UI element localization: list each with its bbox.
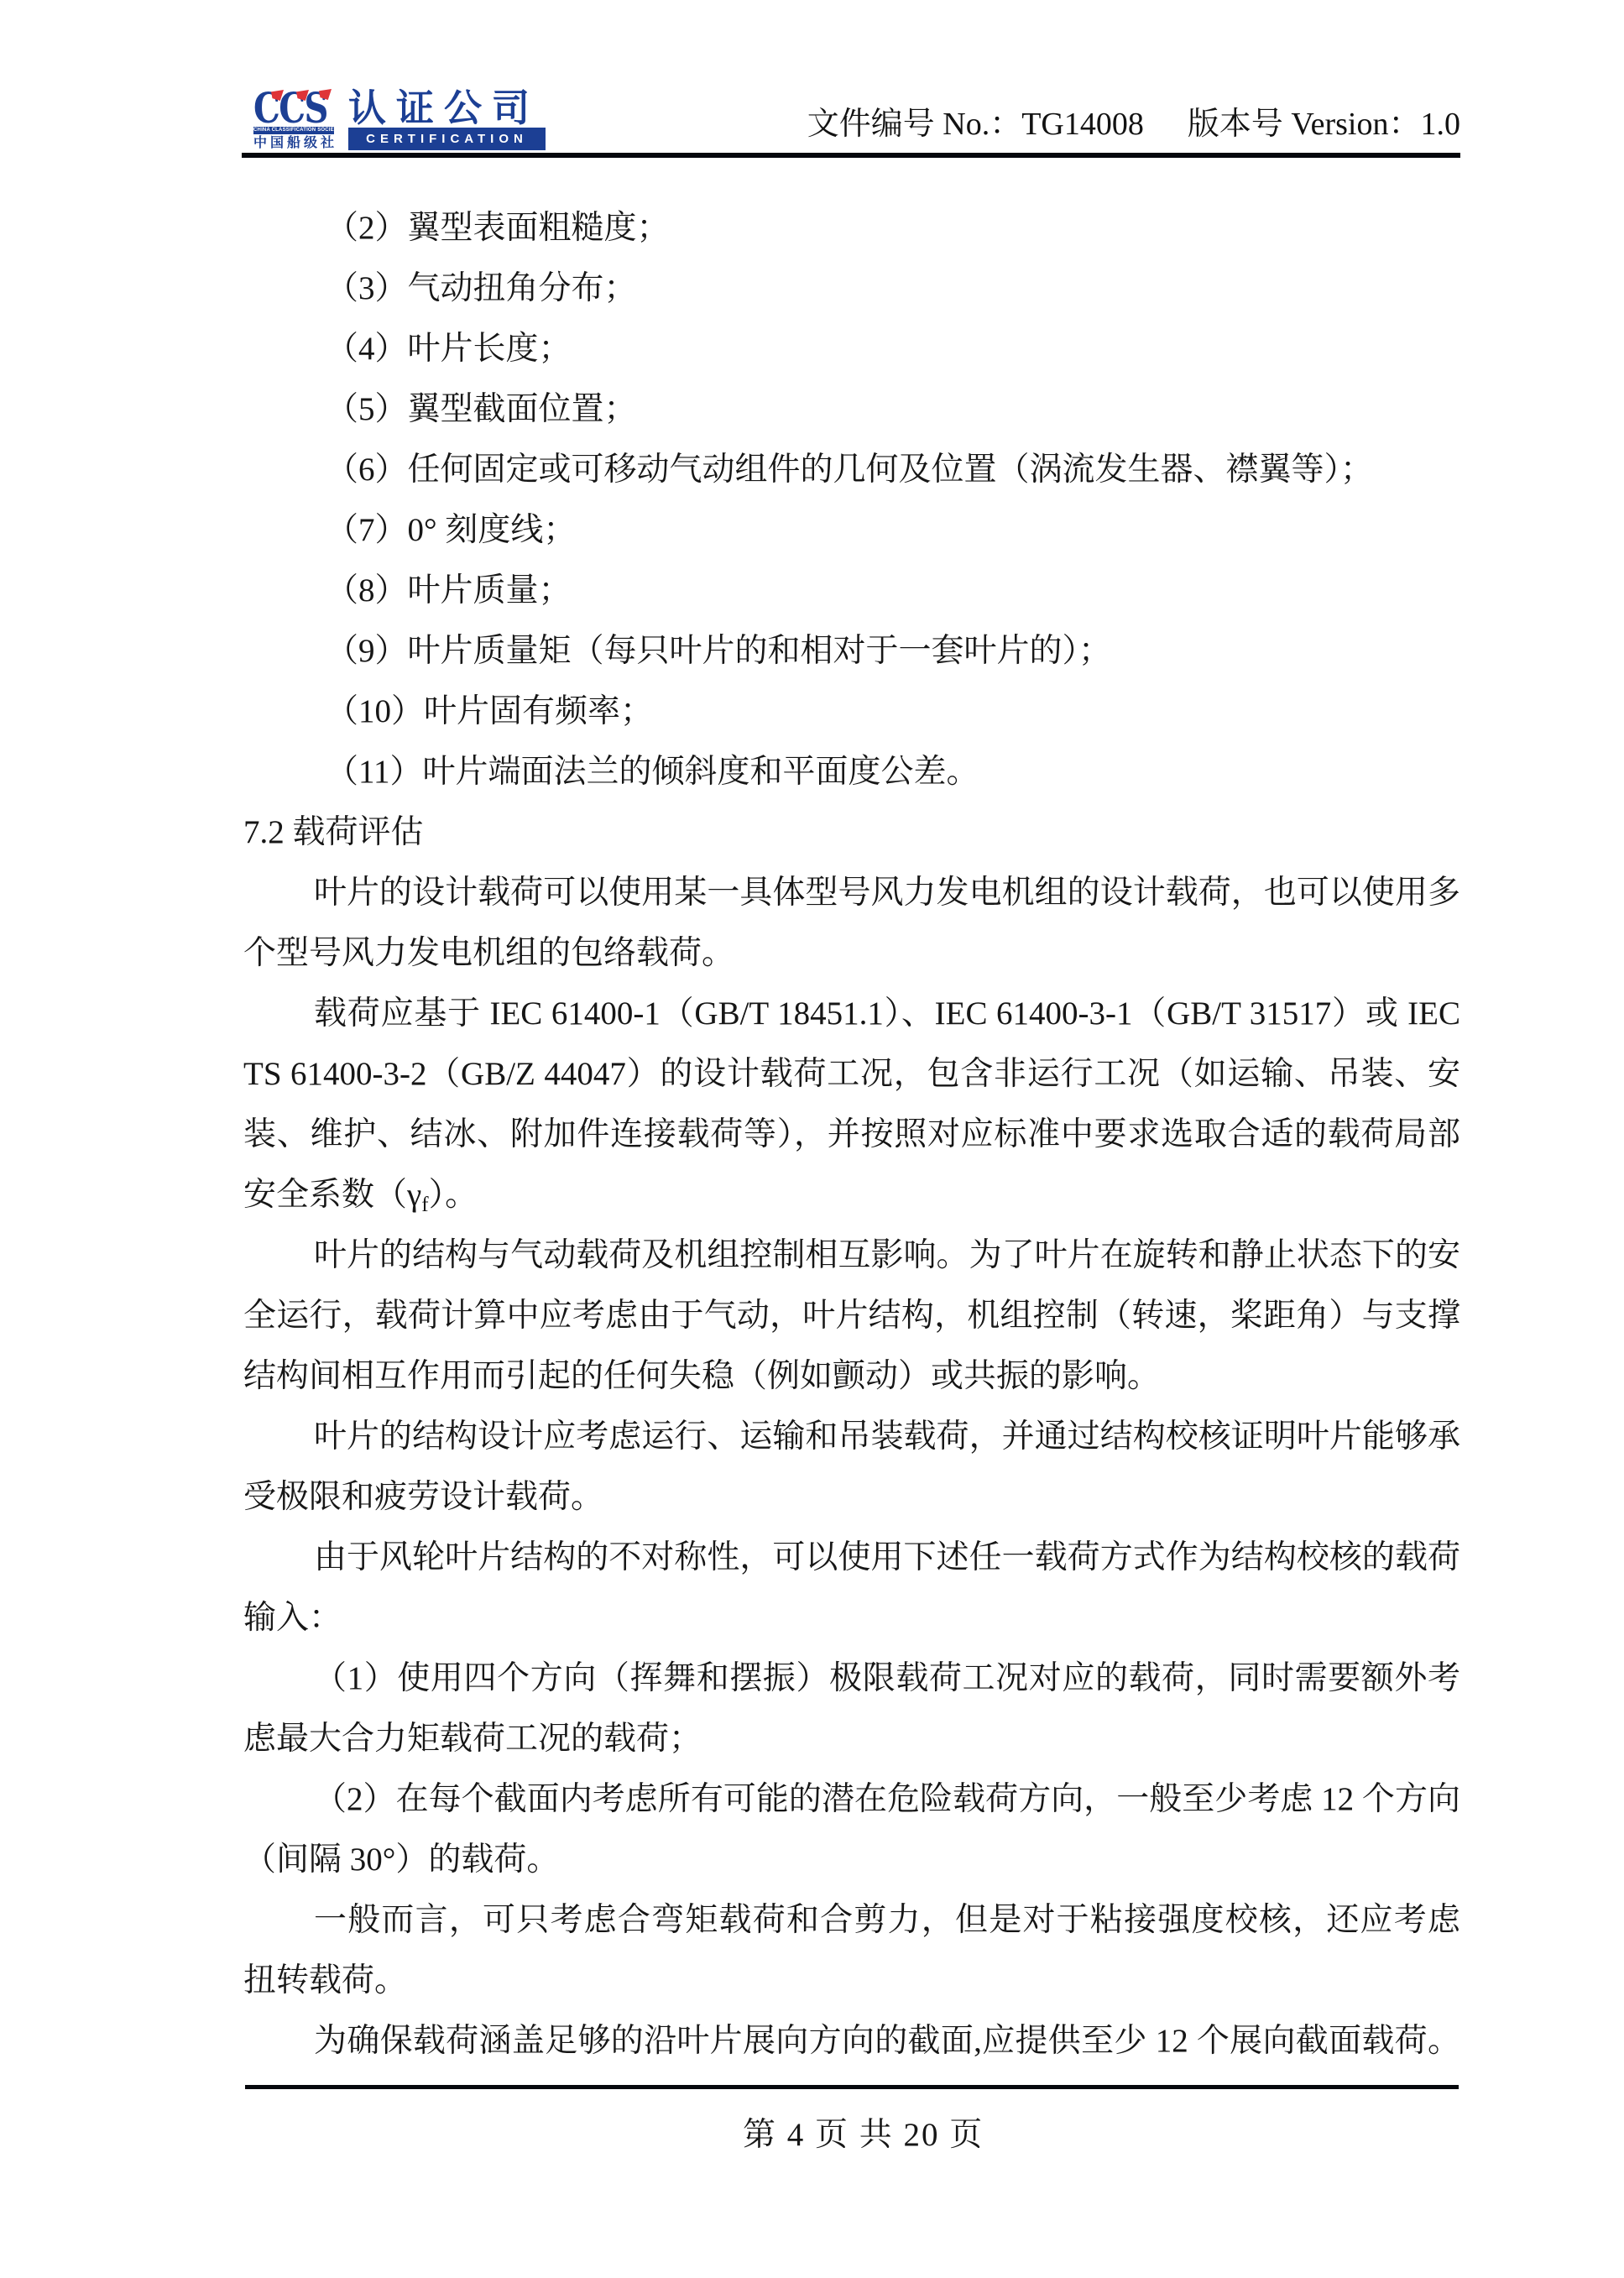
text-line: 叶片的设计载荷可以使用某一具体型号风力发电机组的设计载荷，也可以使用多 xyxy=(243,863,1460,923)
text-line: （11）叶片端面法兰的倾斜度和平面度公差。 xyxy=(243,742,1460,802)
document-meta: 文件编号 No.：TG14008 版本号 Version：1.0 xyxy=(807,104,1460,144)
text-line: 由于风轮叶片结构的不对称性，可以使用下述任一载荷方式作为结构校核的载荷 xyxy=(243,1528,1460,1588)
footer-rule xyxy=(245,2085,1459,2089)
text-line: 为确保载荷涵盖足够的沿叶片展向方向的截面,应提供至少 12 个展向截面载荷。 xyxy=(243,2011,1460,2072)
text-line: 一般而言，可只考虑合弯矩载荷和合剪力，但是对于粘接强度校核，还应考虑 xyxy=(243,1890,1460,1951)
document-version-label: 版本号 Version：1.0 xyxy=(1188,104,1460,144)
ccs-logo-text: CCS xyxy=(253,89,318,128)
ccs-logo-left-block: CCS CHINA CLASSIFICATION SOCIETY 中国船级社 xyxy=(253,89,334,151)
text-line: 个型号风力发电机组的包络载荷。 xyxy=(243,923,1460,984)
text-line: 载荷应基于 IEC 61400-1（GB/T 18451.1）、IEC 6140… xyxy=(243,984,1460,1044)
text-line: （4）叶片长度； xyxy=(243,319,1460,379)
text-line: 叶片的结构设计应考虑运行、运输和吊装载荷，并通过结构校核证明叶片能够承 xyxy=(243,1407,1460,1467)
text-line: 安全系数（γf）。 xyxy=(243,1165,1460,1225)
page-number: 第 4 页 共 20 页 xyxy=(743,2110,984,2160)
document-body: （2）翼型表面粗糙度；（3）气动扭角分布；（4）叶片长度；（5）翼型截面位置；（… xyxy=(243,198,1460,2072)
ccs-society-cn-label: 中国船级社 xyxy=(253,135,334,151)
text-line: （1）使用四个方向（挥舞和摆振）极限载荷工况对应的载荷，同时需要额外考 xyxy=(243,1648,1460,1709)
text-line: 叶片的结构与气动载荷及机组控制相互影响。为了叶片在旋转和静止状态下的安 xyxy=(243,1225,1460,1286)
text-line: 扭转载荷。 xyxy=(243,1951,1460,2011)
text-line: （6）任何固定或可移动气动组件的几何及位置（涡流发生器、襟翼等）； xyxy=(243,440,1460,500)
document-page: CCS CHINA CLASSIFICATION SOCIETY 中国船级社 认… xyxy=(0,0,1624,2278)
ccs-logo-right-block: 认证公司 CERTIFICATION xyxy=(348,89,550,151)
text-line: 全运行，载荷计算中应考虑由于气动，叶片结构，机组控制（转速，桨距角）与支撑 xyxy=(243,1286,1460,1346)
text-line: 虑最大合力矩载荷工况的载荷； xyxy=(243,1709,1460,1769)
text-line: （5）翼型截面位置； xyxy=(243,379,1460,440)
text-line: TS 61400-3-2（GB/Z 44047）的设计载荷工况，包含非运行工况（… xyxy=(243,1044,1460,1105)
certification-en-bar: CERTIFICATION xyxy=(348,128,546,150)
text-line: （2）翼型表面粗糙度； xyxy=(243,198,1460,259)
ccs-logo: CCS CHINA CLASSIFICATION SOCIETY 中国船级社 认… xyxy=(253,89,556,151)
document-number-label: 文件编号 No.：TG14008 xyxy=(807,104,1144,144)
text-line: 受极限和疲劳设计载荷。 xyxy=(243,1467,1460,1528)
text-line: （8）叶片质量； xyxy=(243,561,1460,621)
text-line: 结构间相互作用而引起的任何失稳（例如颤动）或共振的影响。 xyxy=(243,1346,1460,1407)
header-rule xyxy=(242,153,1460,158)
text-line: （3）气动扭角分布； xyxy=(243,259,1460,319)
text-line: （9）叶片质量矩（每只叶片的和相对于一套叶片的）； xyxy=(243,621,1460,682)
text-line: （7）0° 刻度线； xyxy=(243,500,1460,561)
section-heading: 7.2 载荷评估 xyxy=(243,802,1460,863)
text-line: （2）在每个截面内考虑所有可能的潜在危险载荷方向，一般至少考虑 12 个方向 xyxy=(243,1769,1460,1830)
certification-cn-label: 认证公司 xyxy=(348,89,550,128)
ccs-society-en-bar: CHINA CLASSIFICATION SOCIETY xyxy=(253,127,334,134)
text-line: （10）叶片固有频率； xyxy=(243,682,1460,742)
text-line: 装、维护、结冰、附加件连接载荷等），并按照对应标准中要求选取合适的载荷局部 xyxy=(243,1105,1460,1165)
text-line: 输入： xyxy=(243,1588,1460,1648)
text-line: （间隔 30°）的载荷。 xyxy=(243,1830,1460,1890)
